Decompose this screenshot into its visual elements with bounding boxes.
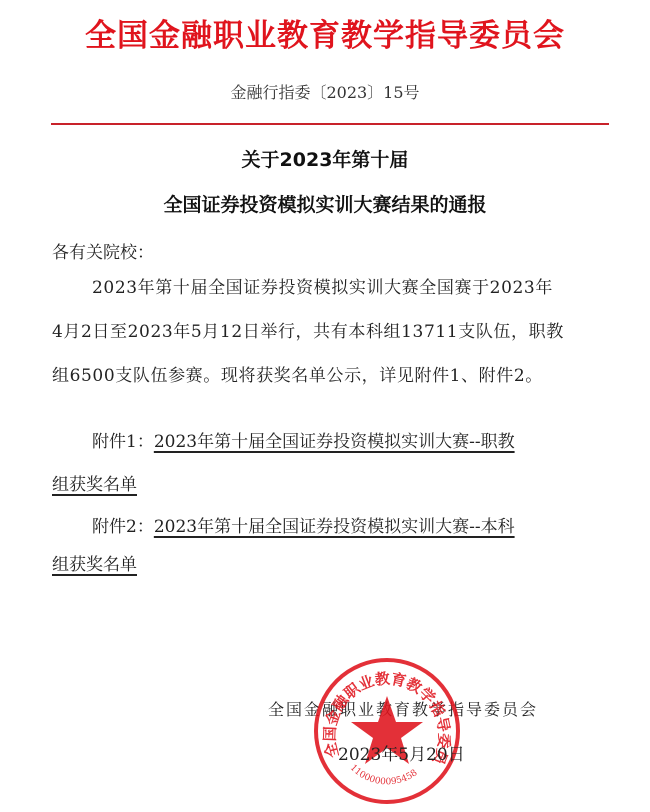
official-seal-stamp: 全国金融职业教育教学指导委员会 1100000095458 [312,656,462,806]
red-divider-line [51,123,609,125]
paragraph-line: 2023年第十届全国证券投资模拟实训大赛全国赛于2023年 [92,273,553,298]
attachment-1-label: 附件1： [92,432,154,452]
attachment-2-label: 附件2： [92,517,154,537]
attachment-1: 附件1：2023年第十届全国证券投资模拟实训大赛--职教 [92,427,515,452]
seal-code: 1100000095458 [348,763,420,787]
attachment-1-continued: 组获奖名单 [52,470,137,495]
document-number: 金融行指委〔2023〕15号 [0,80,650,103]
org-header-title: 全国金融职业教育教学指导委员会 [0,10,650,55]
attachment-2-link-continued[interactable]: 组获奖名单 [52,555,137,575]
attachment-1-link[interactable]: 2023年第十届全国证券投资模拟实训大赛--职教 [154,432,515,452]
attachment-2-link[interactable]: 2023年第十届全国证券投资模拟实训大赛--本科 [154,517,515,537]
document-title-line-2: 全国证券投资模拟实训大赛结果的通报 [0,190,650,217]
salutation: 各有关院校： [52,238,154,263]
attachment-1-link-continued[interactable]: 组获奖名单 [52,475,137,495]
paragraph-line: 组6500支队伍参赛。现将获奖名单公示，详见附件1、附件2。 [52,361,543,386]
paragraph-line: 4月2日至2023年5月12日举行，共有本科组13711支队伍，职教 [52,317,564,342]
document-title-line-1: 关于2023年第十届 [0,145,650,172]
attachment-2-continued: 组获奖名单 [52,550,137,575]
signature-date: 2023年5月20日 [338,740,465,765]
attachment-2: 附件2：2023年第十届全国证券投资模拟实训大赛--本科 [92,512,515,537]
svg-text:1100000095458: 1100000095458 [348,763,420,787]
